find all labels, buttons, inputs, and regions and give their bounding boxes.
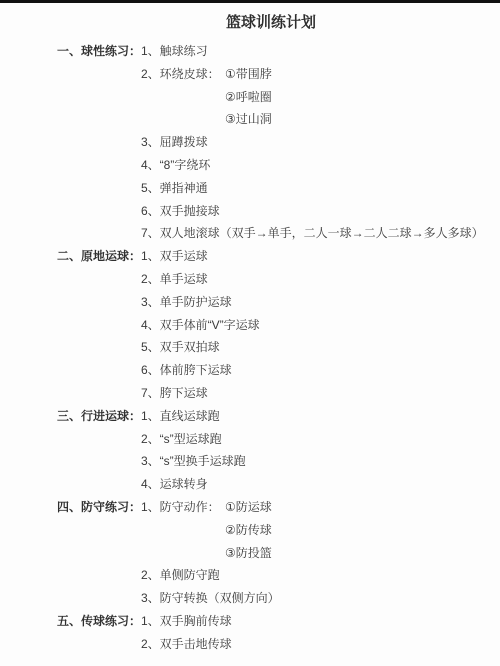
item-prefix: 1、防守动作： (141, 496, 225, 519)
outline-section: 五、传球练习：1、双手胸前传球2、双手击地传球 (57, 610, 496, 656)
section-item-list: 1、双手运球2、单手运球3、单手防护运球4、双手体前“V”字运球5、双手双拍球6… (141, 245, 496, 405)
item-prefix: 2、环绕皮球： (141, 63, 225, 86)
outline-item: 2、单手运球 (141, 268, 496, 291)
section-item-list: 1、防守动作：①防运球②防传球③防投篮2、单侧防守跑3、防守转换（双侧方向） (141, 496, 496, 610)
section-label: 二、原地运球： (57, 245, 141, 268)
outline-item: 7、双人地滚球（双手→单手，二人一球→二人二球→多人多球） (141, 222, 496, 245)
sub-item: ①防运球 (225, 496, 272, 519)
sub-item: ②防传球 (225, 519, 272, 542)
outline-item: 6、双手抛接球 (141, 200, 496, 223)
outline-item: 1、双手运球 (141, 245, 496, 268)
scanned-document-page: { "page": { "title": "篮球训练计划" }, "sectio… (0, 0, 500, 666)
outline-item: 2、单侧防守跑 (141, 564, 496, 587)
outline-item: 4、“8”字绕环 (141, 154, 496, 177)
item-with-subitems: 2、环绕皮球：①带围脖②呼啦圈③过山洞 (141, 63, 496, 131)
outline-item: 5、双手双拍球 (141, 336, 496, 359)
sub-item: ①带围脖 (225, 63, 272, 86)
outline-section: 三、行进运球：1、直线运球跑2、“s”型运球跑3、“s”型换手运球跑4、运球转身 (57, 405, 496, 496)
outline-item: 3、“s”型换手运球跑 (141, 450, 496, 473)
outline-item: 6、体前胯下运球 (141, 359, 496, 382)
outline-item: 1、双手胸前传球 (141, 610, 496, 633)
outline-item: 1、触球练习 (141, 40, 496, 63)
sub-item-list: ①带围脖②呼啦圈③过山洞 (225, 63, 272, 131)
section-item-list: 1、双手胸前传球2、双手击地传球 (141, 610, 496, 656)
outline-item: 1、直线运球跑 (141, 405, 496, 428)
document-title: 篮球训练计划 (21, 13, 500, 33)
outline-item: 3、单手防护运球 (141, 291, 496, 314)
section-label: 五、传球练习： (57, 610, 141, 633)
sub-item: ③过山洞 (225, 108, 272, 131)
section-label: 三、行进运球： (57, 405, 141, 428)
training-plan-outline: 一、球性练习：1、触球练习2、环绕皮球：①带围脖②呼啦圈③过山洞3、屈蹲拨球4、… (0, 40, 500, 656)
section-item-list: 1、直线运球跑2、“s”型运球跑3、“s”型换手运球跑4、运球转身 (141, 405, 496, 496)
outline-item: 5、弹指神通 (141, 177, 496, 200)
outline-item: 4、运球转身 (141, 473, 496, 496)
scan-edge-bar (0, 0, 500, 3)
outline-item: 4、双手体前“V”字运球 (141, 314, 496, 337)
outline-section: 四、防守练习：1、防守动作：①防运球②防传球③防投篮2、单侧防守跑3、防守转换（… (57, 496, 496, 610)
outline-section: 二、原地运球：1、双手运球2、单手运球3、单手防护运球4、双手体前“V”字运球5… (57, 245, 496, 405)
section-item-list: 1、触球练习2、环绕皮球：①带围脖②呼啦圈③过山洞3、屈蹲拨球4、“8”字绕环5… (141, 40, 496, 245)
section-label: 四、防守练习： (57, 496, 141, 519)
outline-item: 3、屈蹲拨球 (141, 131, 496, 154)
outline-item: 2、“s”型运球跑 (141, 428, 496, 451)
item-with-subitems: 1、防守动作：①防运球②防传球③防投篮 (141, 496, 496, 564)
section-label: 一、球性练习： (57, 40, 141, 63)
outline-item: 7、胯下运球 (141, 382, 496, 405)
outline-item: 3、防守转换（双侧方向） (141, 587, 496, 610)
sub-item-list: ①防运球②防传球③防投篮 (225, 496, 272, 564)
sub-item: ③防投篮 (225, 542, 272, 565)
outline-section: 一、球性练习：1、触球练习2、环绕皮球：①带围脖②呼啦圈③过山洞3、屈蹲拨球4、… (57, 40, 496, 245)
sub-item: ②呼啦圈 (225, 86, 272, 109)
outline-item: 2、双手击地传球 (141, 633, 496, 656)
